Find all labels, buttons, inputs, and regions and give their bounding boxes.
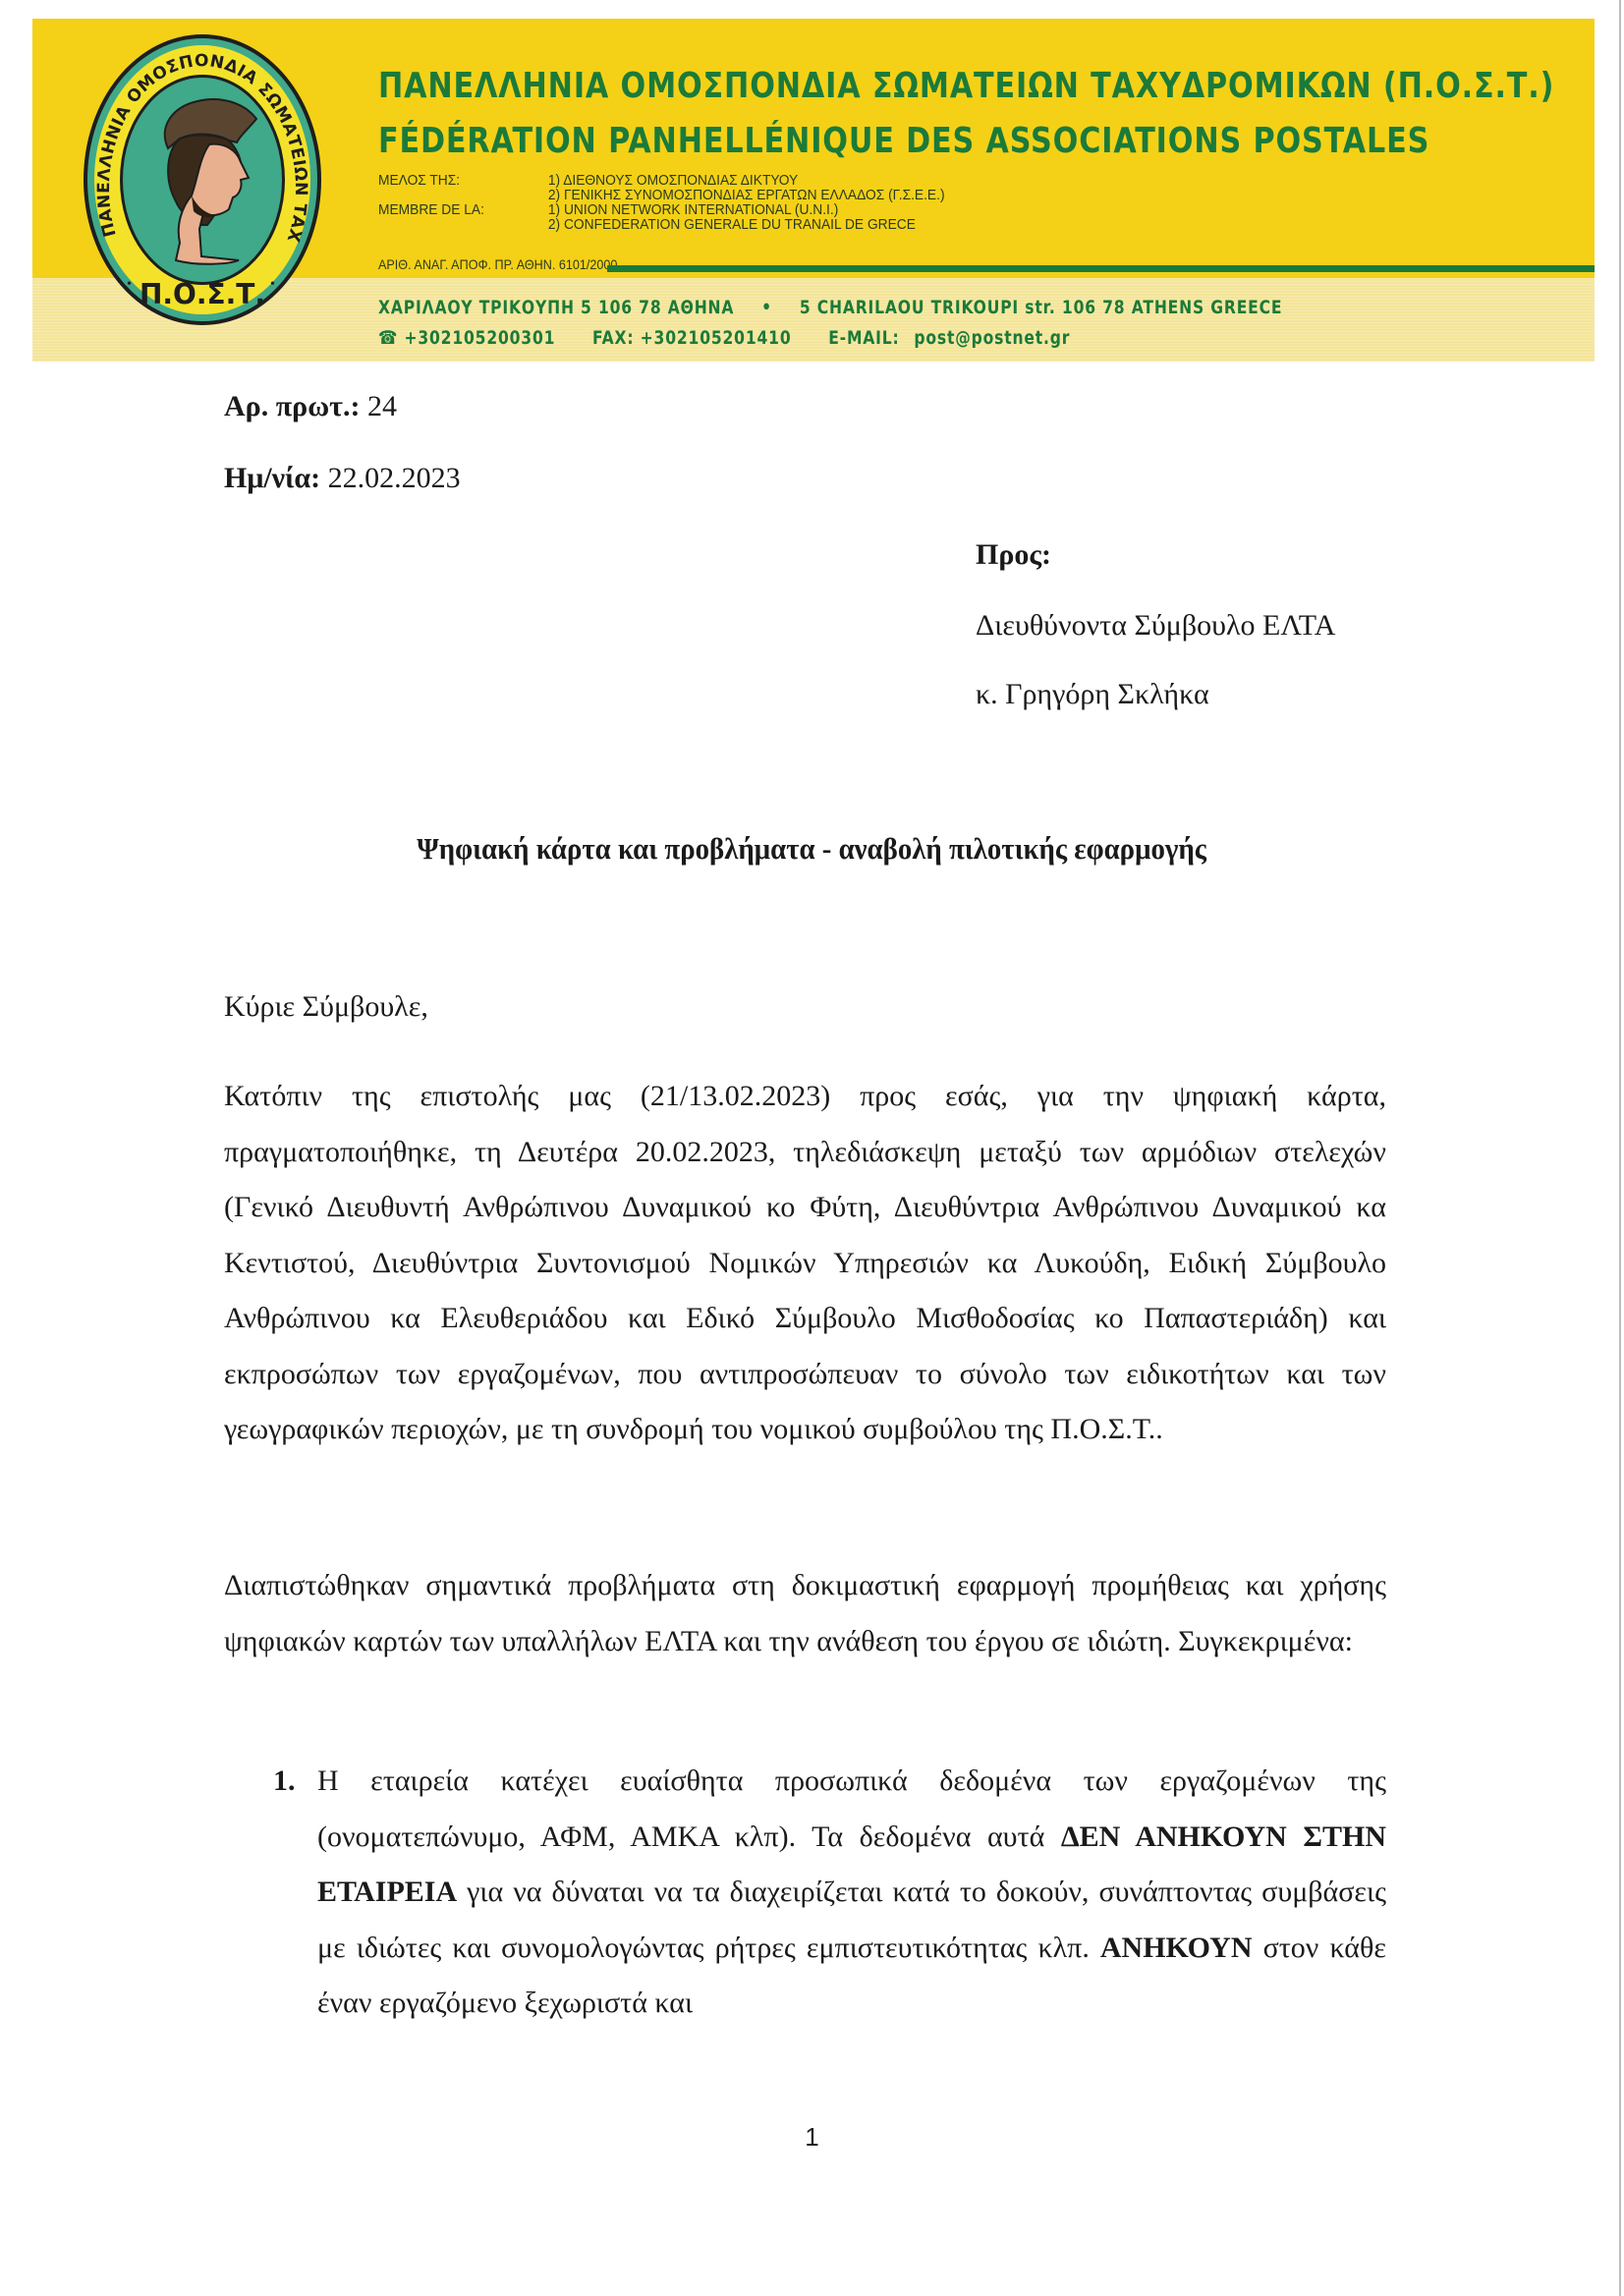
member-of-greek-item: 1) ΔΙΕΘΝΟΥΣ ΟΜΟΣΠΟΝΔΙΑΣ ΔΙΚΤΥΟΥ <box>548 174 798 189</box>
organization-seal: ΠΑΝΕΛΛΗΝΙΑ ΟΜΟΣΠΟΝΔΙΑ ΣΩΜΑΤΕΙΩΝ ΤΑΧΥΔΡΟΜ… <box>82 32 323 327</box>
address-english: 5 CHARILAOU TRIKOUPI str. 106 78 ATHENS … <box>800 297 1283 318</box>
body-paragraph: Κατόπιν της επιστολής μας (21/13.02.2023… <box>224 1069 1386 1458</box>
member-of-french-item: 1) UNION NETWORK INTERNATIONAL (U.N.I.) <box>548 203 838 218</box>
email-address[interactable]: post@postnet.gr <box>914 327 1070 349</box>
recipient-name: κ. Γρηγόρη Σκλήκα <box>976 678 1209 711</box>
salutation: Κύριε Σύμβουλε, <box>224 990 428 1024</box>
organization-name-greek: ΠΑΝΕΛΛΗΝΙΑ ΟΜΟΣΠΟΝΔΙΑ ΣΩΜΑΤΕΙΩΝ ΤΑΧΥΔΡΟΜ… <box>378 66 1554 106</box>
letter-subject: Ψηφιακή κάρτα και προβλήματα - αναβολή π… <box>0 831 1624 867</box>
svg-text:•: • <box>127 277 132 292</box>
letterhead-banner: ΠΑΝΕΛΛΗΝΙΑ ΟΜΟΣΠΟΝΔΙΑ ΣΩΜΑΤΕΙΩΝ ΤΑΧΥΔΡΟΜ… <box>32 19 1595 362</box>
member-of-french-label: MEMBRE DE LA: <box>378 203 548 218</box>
letter-date-value: 22.02.2023 <box>328 462 461 494</box>
email-label: E-MAIL: <box>828 327 899 349</box>
protocol-number: Αρ. πρωτ.: 24 <box>224 390 397 423</box>
page-number: 1 <box>0 2122 1624 2153</box>
recipient-label: Προς: <box>976 538 1051 572</box>
member-of-greek-item: 2) ΓΕΝΙΚΗΣ ΣΥΝΟΜΟΣΠΟΝΔΙΑΣ ΕΡΓΑΤΩΝ ΕΛΛΑΔΟ… <box>548 189 945 203</box>
address-greek: ΧΑΡΙΛΑΟΥ ΤΡΙΚΟΥΠΗ 5 106 78 ΑΘΗΝΑ <box>378 297 734 318</box>
svg-text:•: • <box>270 277 275 292</box>
registration-number: ΑΡΙΘ. ΑΝΑΓ. ΑΠΟΦ. ΠΡ. ΑΘΗΝ. 6101/2000 <box>378 256 617 272</box>
list-item-text: Η εταιρεία κατέχει ευαίσθητα προσωπικά δ… <box>317 1754 1386 2032</box>
fax-number: FAX: +302105201410 <box>592 327 791 349</box>
list-item-number: 1. <box>273 1754 296 1810</box>
protocol-number-label: Αρ. πρωτ.: <box>224 390 360 422</box>
letterhead-divider <box>607 265 1595 272</box>
address-separator: • <box>761 297 772 318</box>
letter-date-label: Ημ/νία: <box>224 462 320 494</box>
letter-date: Ημ/νία: 22.02.2023 <box>224 462 461 495</box>
list-text-emphasis: ΑΝΗΚΟΥΝ <box>1100 1932 1253 1964</box>
address-line: ΧΑΡΙΛΑΟΥ ΤΡΙΚΟΥΠΗ 5 106 78 ΑΘΗΝΑ•5 CHARI… <box>378 297 1282 318</box>
membership-block: ΜΕΛΟΣ ΤΗΣ: 1) ΔΙΕΘΝΟΥΣ ΟΜΟΣΠΟΝΔΙΑΣ ΔΙΚΤΥ… <box>378 174 945 233</box>
letter-subject-text: Ψηφιακή κάρτα και προβλήματα - αναβολή π… <box>418 831 1207 867</box>
body-paragraph: Διαπιστώθηκαν σημαντικά προβλήματα στη δ… <box>224 1558 1386 1669</box>
recipient-title: Διευθύνοντα Σύμβουλο ΕΛΤΑ <box>976 609 1335 643</box>
contact-line: ☎ +302105200301FAX: +302105201410E-MAIL:… <box>378 327 1070 349</box>
seal-acronym: Π.Ο.Σ.Τ. <box>140 278 265 310</box>
member-of-french-item: 2) CONFEDERATION GENERALE DU TRANAIL DE … <box>548 218 916 233</box>
scan-edge <box>1619 0 1621 2296</box>
member-of-greek-label: ΜΕΛΟΣ ΤΗΣ: <box>378 174 548 189</box>
organization-name-french: FÉDÉRATION PANHELLÉNIQUE DES ASSOCIATION… <box>378 121 1429 161</box>
phone-number: +302105200301 <box>404 327 555 349</box>
telephone-icon: ☎ <box>378 327 398 349</box>
protocol-number-value: 24 <box>367 390 397 422</box>
